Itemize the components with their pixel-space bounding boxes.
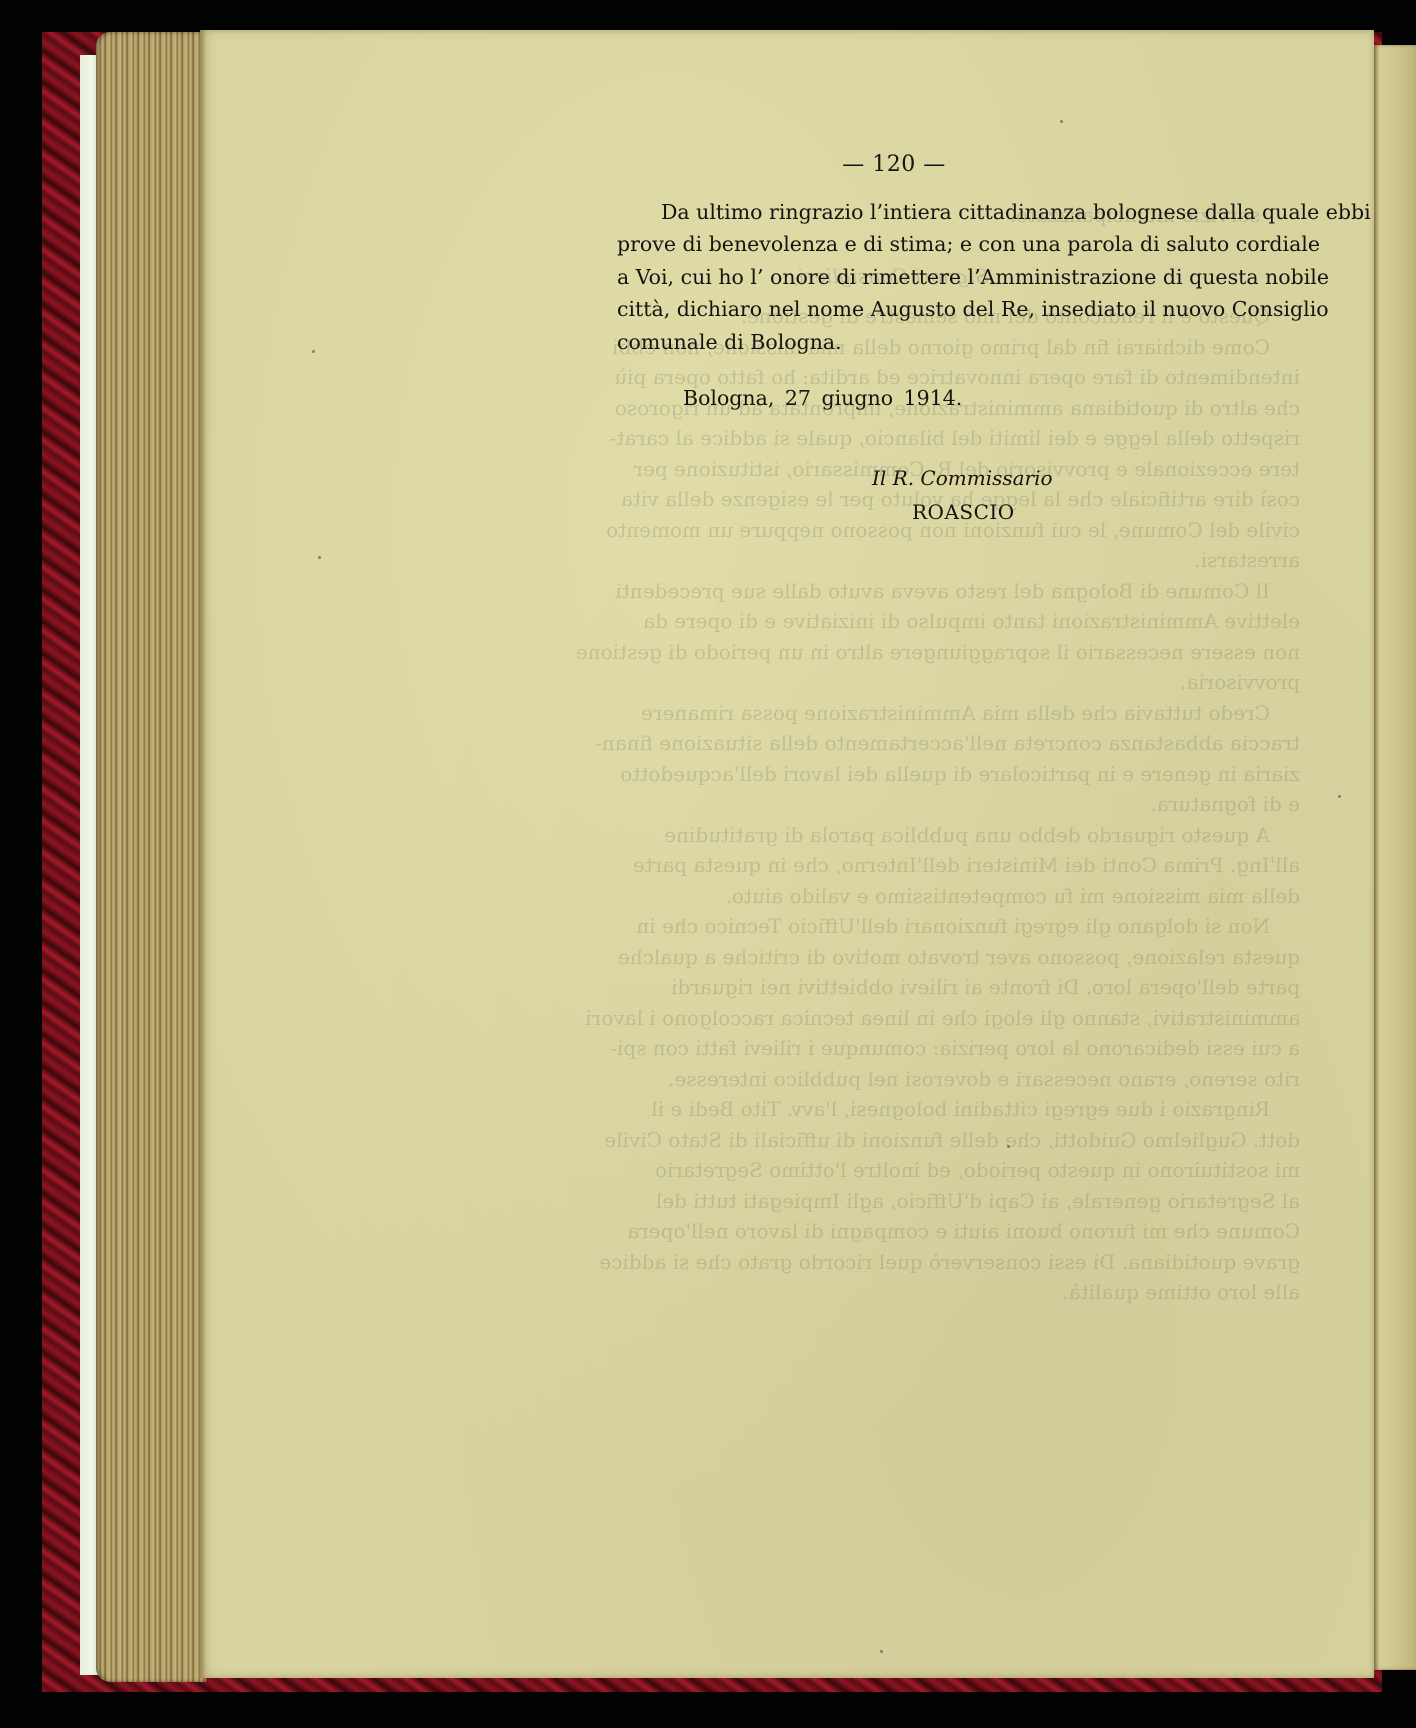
page-binding-shadow [200,30,206,1678]
date-line: Bologna, 27 giugno 1914. [683,386,962,410]
signature-title: Il R. Commissario [872,466,1053,490]
paper-speck [1060,120,1063,123]
page-stack-edges [96,32,206,1682]
paragraph-line: prove di benevolenza e di stima; e con u… [617,228,1307,260]
paper-speck [1007,1145,1010,1148]
signature-name: ROASCIO [912,500,1015,524]
closing-paragraph: Da ultimo ringrazio l’intiera cittadinan… [617,196,1307,358]
paper-speck [880,1650,883,1653]
paragraph-line: Da ultimo ringrazio l’intiera cittadinan… [617,196,1307,228]
facing-page-edge [1374,45,1416,1670]
paragraph-line: a Voi, cui ho l’ onore di rimettere l’Am… [617,261,1307,293]
background-shadow [42,1692,1382,1728]
paragraph-line: comunale di Bologna. [617,326,1307,358]
paper-speck [318,556,321,559]
page-number: — 120 — [838,152,950,177]
paper-speck [312,350,315,353]
paper-speck [1338,795,1341,798]
paragraph-line: città, dichiaro nel nome Augusto del Re,… [617,293,1307,325]
